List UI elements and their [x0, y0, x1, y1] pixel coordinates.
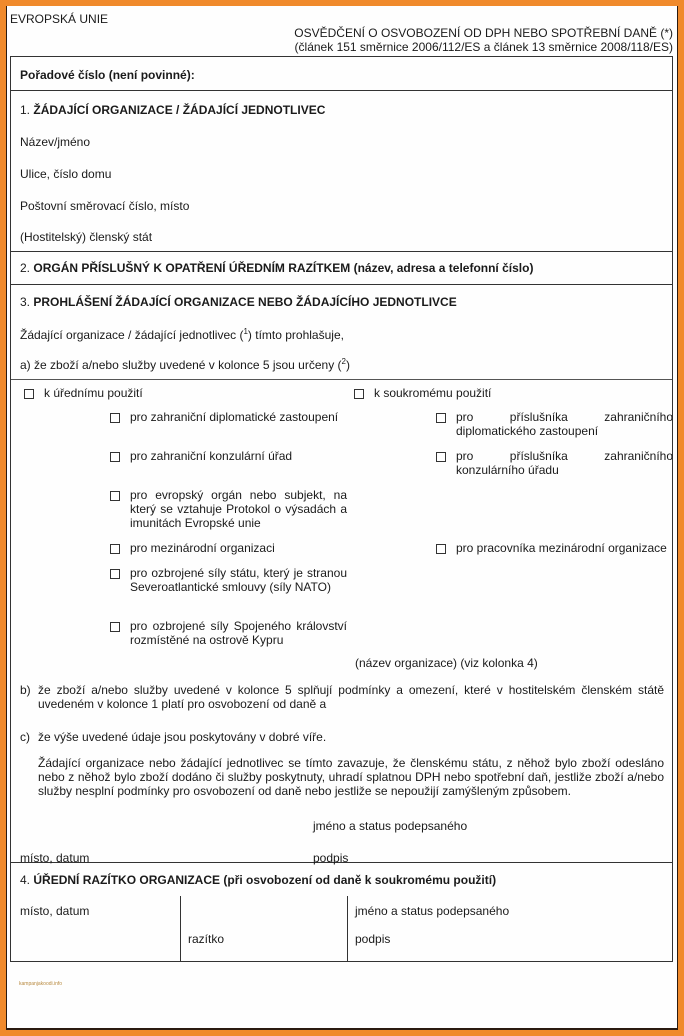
clause-a: a) že zboží a/nebo služby uvedené v kolo… — [20, 357, 350, 372]
commitment-text: Žádající organizace nebo žádající jednot… — [38, 756, 664, 798]
checkbox-eu-body[interactable] — [110, 491, 120, 501]
checkbox-nato-forces[interactable] — [110, 569, 120, 579]
issuer-label: EVROPSKÁ UNIE — [10, 12, 108, 26]
divider — [11, 379, 672, 380]
certificate-form: Pořadové číslo (není povinné): 1. ŽÁDAJÍ… — [10, 56, 673, 962]
declaration-intro: Žádající organizace / žádající jednotliv… — [20, 327, 344, 342]
section-1-heading: 1. ŽÁDAJÍCÍ ORGANIZACE / ŽÁDAJÍCÍ JEDNOT… — [20, 103, 325, 117]
section-3-declaration: 3. PROHLÁŠENÍ ŽÁDAJÍCÍ ORGANIZACE NEBO Ž… — [11, 285, 672, 863]
section-3-title: PROHLÁŠENÍ ŽÁDAJÍCÍ ORGANIZACE NEBO ŽÁDA… — [33, 295, 456, 309]
stamp-signer-name[interactable]: jméno a status podepsaného — [355, 904, 509, 918]
checkbox-consular-post[interactable] — [110, 452, 120, 462]
document-subtitle: (článek 151 směrnice 2006/112/ES a článe… — [294, 40, 673, 54]
section-1-applicant: 1. ŽÁDAJÍCÍ ORGANIZACE / ŽÁDAJÍCÍ JEDNOT… — [11, 91, 672, 252]
section-2-title: ORGÁN PŘÍSLUŠNÝ K OPATŘENÍ ÚŘEDNÍM RAZÍT… — [33, 261, 350, 275]
section-1-title: ŽÁDAJÍCÍ ORGANIZACE / ŽÁDAJÍCÍ JEDNOTLIV… — [33, 103, 325, 117]
org-name-note: (název organizace) (viz kolonka 4) — [355, 656, 538, 670]
section-2-stamping-authority[interactable]: 2. ORGÁN PŘÍSLUŠNÝ K OPATŘENÍ ÚŘEDNÍM RA… — [11, 252, 672, 285]
section-4-grid: místo, datum razítko jméno a status pode… — [11, 896, 672, 961]
checkbox-consular-member[interactable] — [436, 452, 446, 462]
watermark: kampanjakoodi.info — [19, 981, 62, 987]
field-member-state[interactable]: (Hostitelský) členský stát — [20, 230, 152, 244]
field-street[interactable]: Ulice, číslo domu — [20, 167, 111, 181]
checkbox-int-org-staff[interactable] — [436, 544, 446, 554]
signer-name-label[interactable]: jméno a status podepsaného — [313, 819, 467, 833]
stamp-label[interactable]: razítko — [188, 932, 224, 946]
column-divider — [347, 896, 348, 961]
checkbox-diplomatic-mission[interactable] — [110, 413, 120, 423]
section-3-heading: 3. PROHLÁŠENÍ ŽÁDAJÍCÍ ORGANIZACE NEBO Ž… — [20, 295, 457, 309]
checkbox-private-use[interactable] — [354, 389, 364, 399]
checkbox-international-org[interactable] — [110, 544, 120, 554]
section-4-note: (při osvobození od daně k soukromému pou… — [223, 873, 496, 887]
document-page: EVROPSKÁ UNIE OSVĚDČENÍ O OSVOBOZENÍ OD … — [7, 6, 677, 1028]
column-divider — [180, 896, 181, 961]
section-2-heading: 2. ORGÁN PŘÍSLUŠNÝ K OPATŘENÍ ÚŘEDNÍM RA… — [20, 261, 533, 275]
serial-number-label: Pořadové číslo (není povinné): — [20, 68, 195, 82]
section-2-note: (název, adresa a telefonní číslo) — [354, 261, 534, 275]
document-title: OSVĚDČENÍ O OSVOBOZENÍ OD DPH NEBO SPOTŘ… — [294, 26, 673, 40]
field-name[interactable]: Název/jméno — [20, 135, 90, 149]
checkbox-uk-forces-cyprus[interactable] — [110, 622, 120, 632]
serial-number-section[interactable]: Pořadové číslo (není povinné): — [11, 57, 672, 91]
stamp-signature[interactable]: podpis — [355, 932, 390, 946]
section-4-official-stamp: 4. ÚŘEDNÍ RAZÍTKO ORGANIZACE (při osvobo… — [11, 863, 672, 961]
section-4-heading: 4. ÚŘEDNÍ RAZÍTKO ORGANIZACE (při osvobo… — [20, 873, 496, 887]
field-postcode-city[interactable]: Poštovní směrovací číslo, místo — [20, 199, 189, 213]
document-header: OSVĚDČENÍ O OSVOBOZENÍ OD DPH NEBO SPOTŘ… — [294, 26, 673, 54]
section-4-title: ÚŘEDNÍ RAZÍTKO ORGANIZACE — [33, 873, 220, 887]
checkbox-official-use[interactable] — [24, 389, 34, 399]
checkbox-diplomatic-member[interactable] — [436, 413, 446, 423]
stamp-place-date[interactable]: místo, datum — [20, 904, 89, 918]
